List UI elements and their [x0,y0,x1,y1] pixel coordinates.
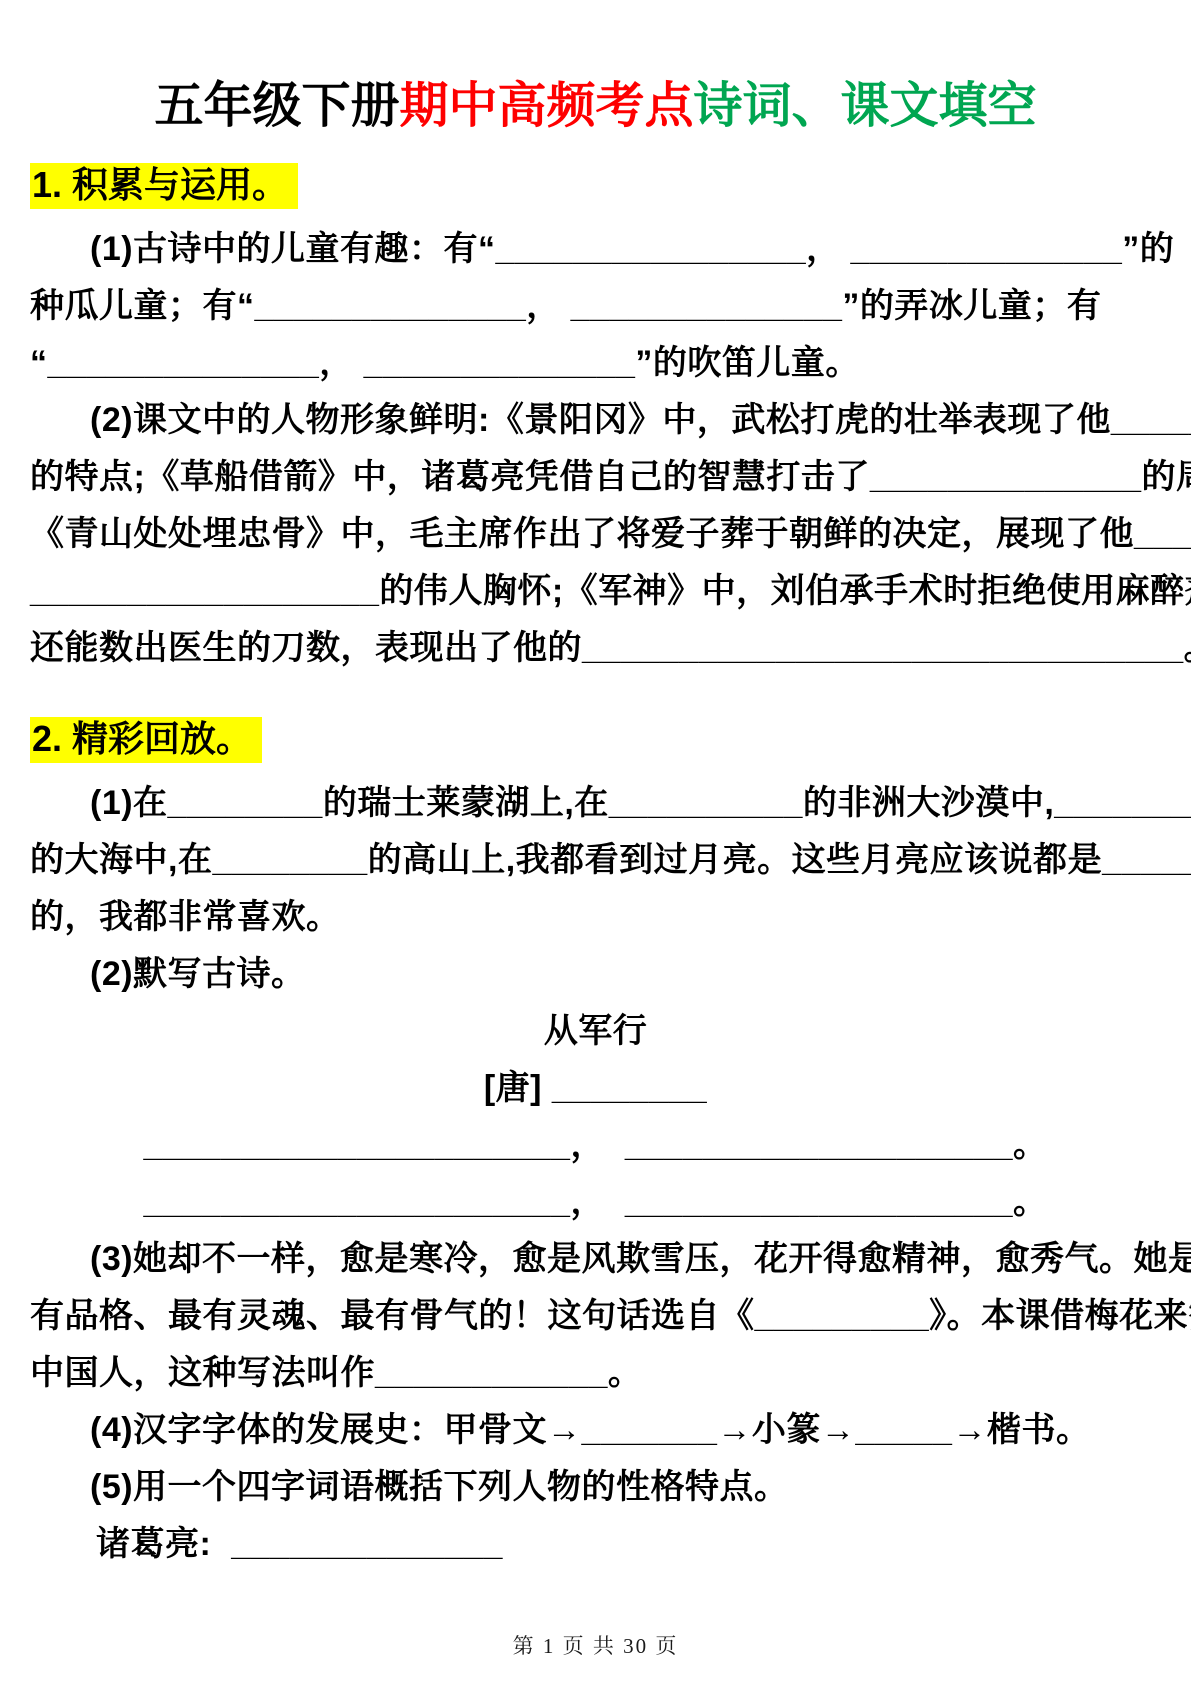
s1-q2-line-3: 《青山处处埋忠骨》中，毛主席作出了将爱子葬于朝鲜的决定，展现了他___ [30,506,1161,563]
s2-q2-prompt: (2)默写古诗。 [30,946,1161,1003]
s2-q5-answer-line: 诸葛亮: ______________ [30,1516,1161,1573]
s1-q2-line-1: (2)课文中的人物形象鲜明:《景阳冈》中，武松打虎的壮举表现了他_____ [30,392,1161,449]
s2-q5-prompt: (5)用一个四字词语概括下列人物的性格特点。 [30,1459,1161,1516]
page-title: 五年级下册期中高频考点诗词、课文填空 [30,76,1161,136]
s2-q3-line-2: 有品格、最有灵魂、最有骨气的！这句话选自《_________》。本课借梅花来赞扬 [30,1288,1161,1345]
section-2-heading: 2. 精彩回放。 [30,717,1161,763]
s2-q3-line-3: 中国人，这种写法叫作____________。 [30,1345,1161,1402]
poem-author-line: [唐] ________ [30,1060,1161,1117]
s1-q2-line-4: __________________的伟人胸怀;《军神》中，刘伯承手术时拒绝使用… [30,563,1161,620]
poem-blank-line-1: ______________________， ________________… [30,1117,1161,1174]
worksheet-page: 五年级下册期中高频考点诗词、课文填空 1. 积累与运用。 (1)古诗中的儿童有趣… [0,0,1191,1684]
section-2-body: (1)在________的瑞士莱蒙湖上,在__________的非洲大沙漠中,_… [30,775,1161,1573]
s1-q1-line-2: 种瓜儿童；有“______________， ______________”的弄… [30,278,1161,335]
section-1-body: (1)古诗中的儿童有趣：有“________________， ________… [30,221,1161,677]
poem-blank-line-2: ______________________， ________________… [30,1174,1161,1231]
s2-q1-line-2: 的大海中,在________的高山上,我都看到过月亮。这些月亮应该说都是____… [30,832,1161,889]
title-topic-part: 诗词、课文填空 [694,79,1037,133]
s1-q2-line-5: 还能数出医生的刀数，表现出了他的________________________… [30,620,1161,677]
title-grade-part: 五年级下册 [154,79,399,133]
s1-q1-line-3: “______________， ______________”的吹笛儿童。 [30,335,1161,392]
s1-q1-line-1: (1)古诗中的儿童有趣：有“________________， ________… [30,221,1161,278]
s1-q2-line-2: 的特点;《草船借箭》中，诸葛亮凭借自己的智慧打击了______________的… [30,449,1161,506]
section-2-heading-label: 2. 精彩回放。 [30,717,262,763]
s2-q4-line: (4)汉字字体的发展史：甲骨文→_______→小篆→_____→楷书。 [30,1402,1161,1459]
title-exam-part: 期中高频考点 [399,79,693,133]
section-1-heading-label: 1. 积累与运用。 [30,163,298,209]
s2-q1-line-1: (1)在________的瑞士莱蒙湖上,在__________的非洲大沙漠中,_… [30,775,1161,832]
s2-q3-line-1: (3)她却不一样，愈是寒冷，愈是风欺雪压，花开得愈精神，愈秀气。她是最 [30,1231,1161,1288]
section-1-heading: 1. 积累与运用。 [30,163,1161,209]
s2-q1-line-3: 的，我都非常喜欢。 [30,889,1161,946]
page-footer: 第 1 页 共 30 页 [0,1630,1191,1660]
poem-title: 从军行 [30,1003,1161,1060]
